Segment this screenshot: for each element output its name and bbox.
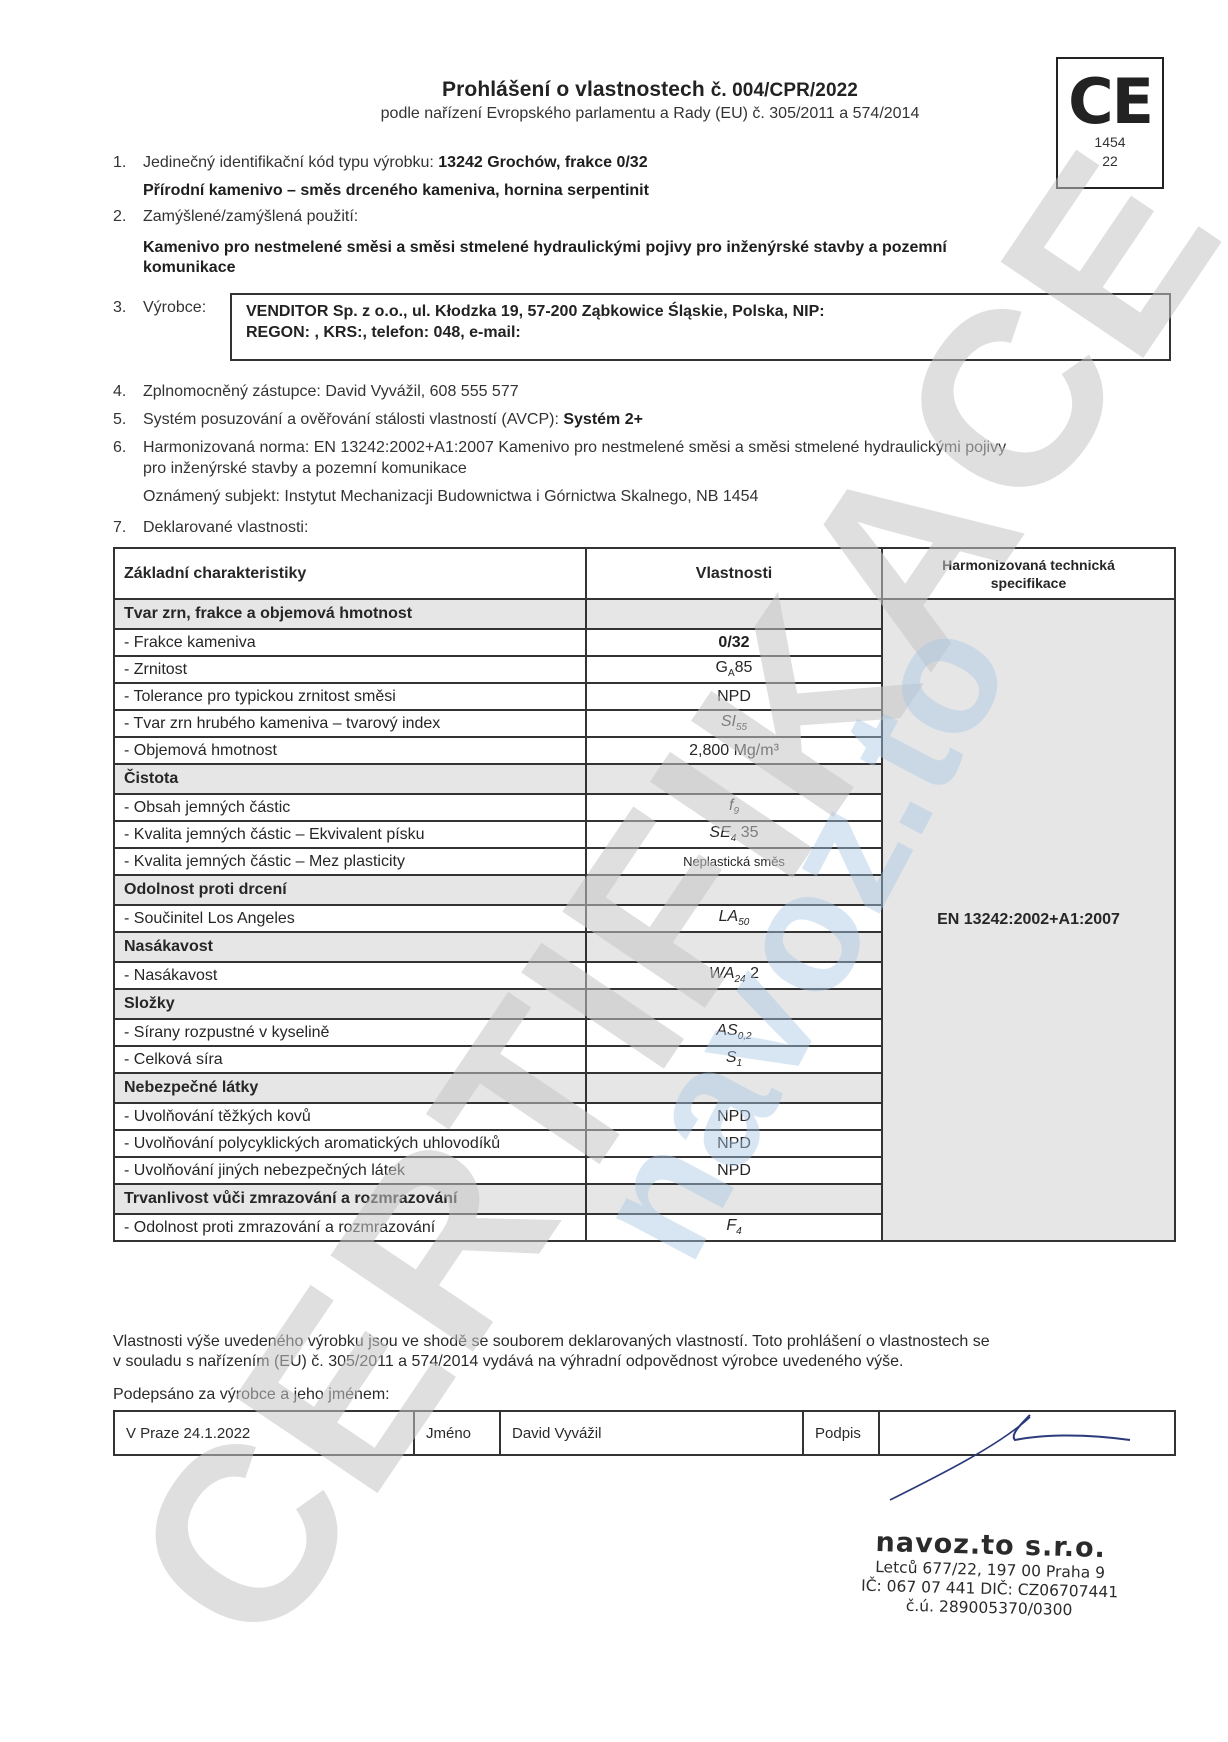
characteristic-name: - Tvar zrn hrubého kameniva – tvarový in… [114,710,586,737]
characteristic-name: - Zrnitost [114,656,586,683]
characteristic-value: SE4 35 [586,821,882,848]
harmonised-standard-line-2: pro inženýrské stavby a pozemní komunika… [143,459,467,479]
section-title: Tvar zrn, frakce a objemová hmotnost [114,599,586,629]
item-number: 2. [113,206,143,228]
header-spec-line-1: Harmonizovaná technická [942,557,1115,573]
item-5: 5.Systém posuzování a ověřování stálosti… [113,409,643,431]
ce-year: 22 [1058,152,1162,171]
table-header-row: Základní charakteristiky Vlastnosti Harm… [114,548,1175,599]
declared-properties-table: Základní charakteristiky Vlastnosti Harm… [113,547,1176,1242]
item-6: 6.Harmonizovaná norma: EN 13242:2002+A1:… [113,437,1006,459]
harmonised-standard: Harmonizovaná norma: EN 13242:2002+A1:20… [143,439,1006,456]
characteristic-name: - Uvolňování těžkých kovů [114,1103,586,1130]
characteristic-value: 0/32 [586,629,882,656]
harmonised-spec-cell: EN 13242:2002+A1:2007 [882,599,1175,1241]
characteristic-name: - Odolnost proti zmrazování a rozmrazová… [114,1214,586,1241]
section-title: Čistota [114,764,586,794]
characteristic-value: NPD [586,1157,882,1184]
item-number: 5. [113,409,143,431]
characteristic-value: Neplastická směs [586,848,882,875]
intended-use-line-2: komunikace [143,258,235,278]
handwritten-signature-icon [880,1395,1140,1505]
characteristic-value: NPD [586,683,882,710]
item-number: 1. [113,152,143,174]
authorised-representative: Zplnomocněný zástupce: David Vyvážil, 60… [143,383,519,400]
ce-mark-icon: CE [1058,71,1162,133]
characteristic-name: - Uvolňování polycyklických aromatických… [114,1130,586,1157]
characteristic-value: GA85 [586,656,882,683]
item-number: 7. [113,517,143,539]
characteristic-value: F4 [586,1214,882,1241]
header-basic-characteristics: Základní charakteristiky [114,548,586,599]
section-value-empty [586,1184,882,1214]
item-2: 2.Zamýšlené/zamýšlená použití: [113,206,358,228]
section-title: Složky [114,989,586,1019]
manufacturer-line-1: VENDITOR Sp. z o.o., ul. Kłodzka 19, 57-… [246,301,1169,322]
declaration-of-performance-page: Prohlášení o vlastnostech č. 004/CPR/202… [0,0,1228,1742]
place-and-date: V Praze 24.1.2022 [114,1411,414,1455]
company-stamp: navoz.to s.r.o. Letců 677/22, 197 00 Pra… [839,1526,1141,1622]
characteristic-value: 2,800 Mg/m³ [586,737,882,764]
conformity-line-2: v souladu s nařízením (EU) č. 305/2011 a… [113,1352,1173,1372]
header-harmonised-spec: Harmonizovaná technická specifikace [882,548,1175,599]
characteristic-name: - Nasákavost [114,962,586,989]
characteristic-value: NPD [586,1130,882,1157]
item-3: 3.Výrobce: [113,297,206,319]
title-text: Prohlášení o vlastnostech [442,78,705,101]
characteristic-name: - Objemová hmotnost [114,737,586,764]
header-spec-line-2: specifikace [991,575,1067,591]
characteristic-name: - Kvalita jemných částic – Ekvivalent pí… [114,821,586,848]
section-title: Nasákavost [114,932,586,962]
section-title: Trvanlivost vůči zmrazování a rozmrazová… [114,1184,586,1214]
manufacturer-line-2: REGON: , KRS:, telefon: 048, e-mail: [246,322,1169,343]
characteristic-name: - Frakce kameniva [114,629,586,656]
subtitle: podle nařízení Evropského parlamentu a R… [300,105,1000,123]
page-title: Prohlášení o vlastnostech č. 004/CPR/202… [300,78,1000,102]
section-value-empty [586,764,882,794]
notified-body: Oznámený subjekt: Instytut Mechanizacji … [143,487,758,507]
item-4: 4.Zplnomocněný zástupce: David Vyvážil, … [113,381,519,403]
item-label: Systém posuzování a ověřování stálosti v… [143,411,559,428]
signed-on-behalf-label: Podepsáno za výrobce a jeho jménem: [113,1386,390,1404]
section-row: Tvar zrn, frakce a objemová hmotnostEN 1… [114,599,1175,629]
item-label: Deklarované vlastnosti: [143,519,308,536]
characteristic-value: LA50 [586,905,882,932]
conformity-line-1: Vlastnosti výše uvedeného výrobku jsou v… [113,1332,1173,1352]
characteristic-value: S1 [586,1046,882,1073]
characteristic-value: NPD [586,1103,882,1130]
item-number: 3. [113,297,143,319]
header-properties: Vlastnosti [586,548,882,599]
product-description: Přírodní kamenivo – směs drceného kameni… [143,181,649,201]
manufacturer-box: VENDITOR Sp. z o.o., ul. Kłodzka 19, 57-… [230,293,1171,361]
item-7: 7.Deklarované vlastnosti: [113,517,308,539]
item-number: 4. [113,381,143,403]
characteristic-name: - Uvolňování jiných nebezpečných látek [114,1157,586,1184]
intended-use-line-1: Kamenivo pro nestmelené směsi a směsi st… [143,238,947,258]
item-label: Jedinečný identifikační kód typu výrobku… [143,154,434,171]
document-number: č. 004/CPR/2022 [711,80,858,101]
characteristic-value: AS0,2 [586,1019,882,1046]
characteristic-name: - Obsah jemných částic [114,794,586,821]
title-block: Prohlášení o vlastnostech č. 004/CPR/202… [300,78,1000,123]
conformity-statement: Vlastnosti výše uvedeného výrobku jsou v… [113,1332,1173,1372]
section-value-empty [586,932,882,962]
section-value-empty [586,875,882,905]
avcp-system: Systém 2+ [563,411,643,428]
signature-label: Podpis [803,1411,879,1455]
section-title: Nebezpečné látky [114,1073,586,1103]
section-value-empty [586,599,882,629]
characteristic-name: - Součinitel Los Angeles [114,905,586,932]
section-value-empty [586,1073,882,1103]
section-value-empty [586,989,882,1019]
characteristic-value: WA24 2 [586,962,882,989]
characteristic-name: - Celková síra [114,1046,586,1073]
item-number: 6. [113,437,143,459]
characteristic-name: - Sírany rozpustné v kyselině [114,1019,586,1046]
name-label: Jméno [414,1411,500,1455]
section-title: Odolnost proti drcení [114,875,586,905]
characteristic-value: SI55 [586,710,882,737]
characteristic-value: f9 [586,794,882,821]
item-1: 1.Jedinečný identifikační kód typu výrob… [113,152,648,174]
characteristic-name: - Tolerance pro typickou zrnitost směsi [114,683,586,710]
product-code: 13242 Grochów, frakce 0/32 [438,154,647,171]
characteristic-name: - Kvalita jemných částic – Mez plasticit… [114,848,586,875]
signatory-name: David Vyvážil [500,1411,803,1455]
ce-mark-box: CE 1454 22 [1056,57,1164,189]
item-label: Zamýšlené/zamýšlená použití: [143,208,358,225]
item-label: Výrobce: [143,299,206,316]
